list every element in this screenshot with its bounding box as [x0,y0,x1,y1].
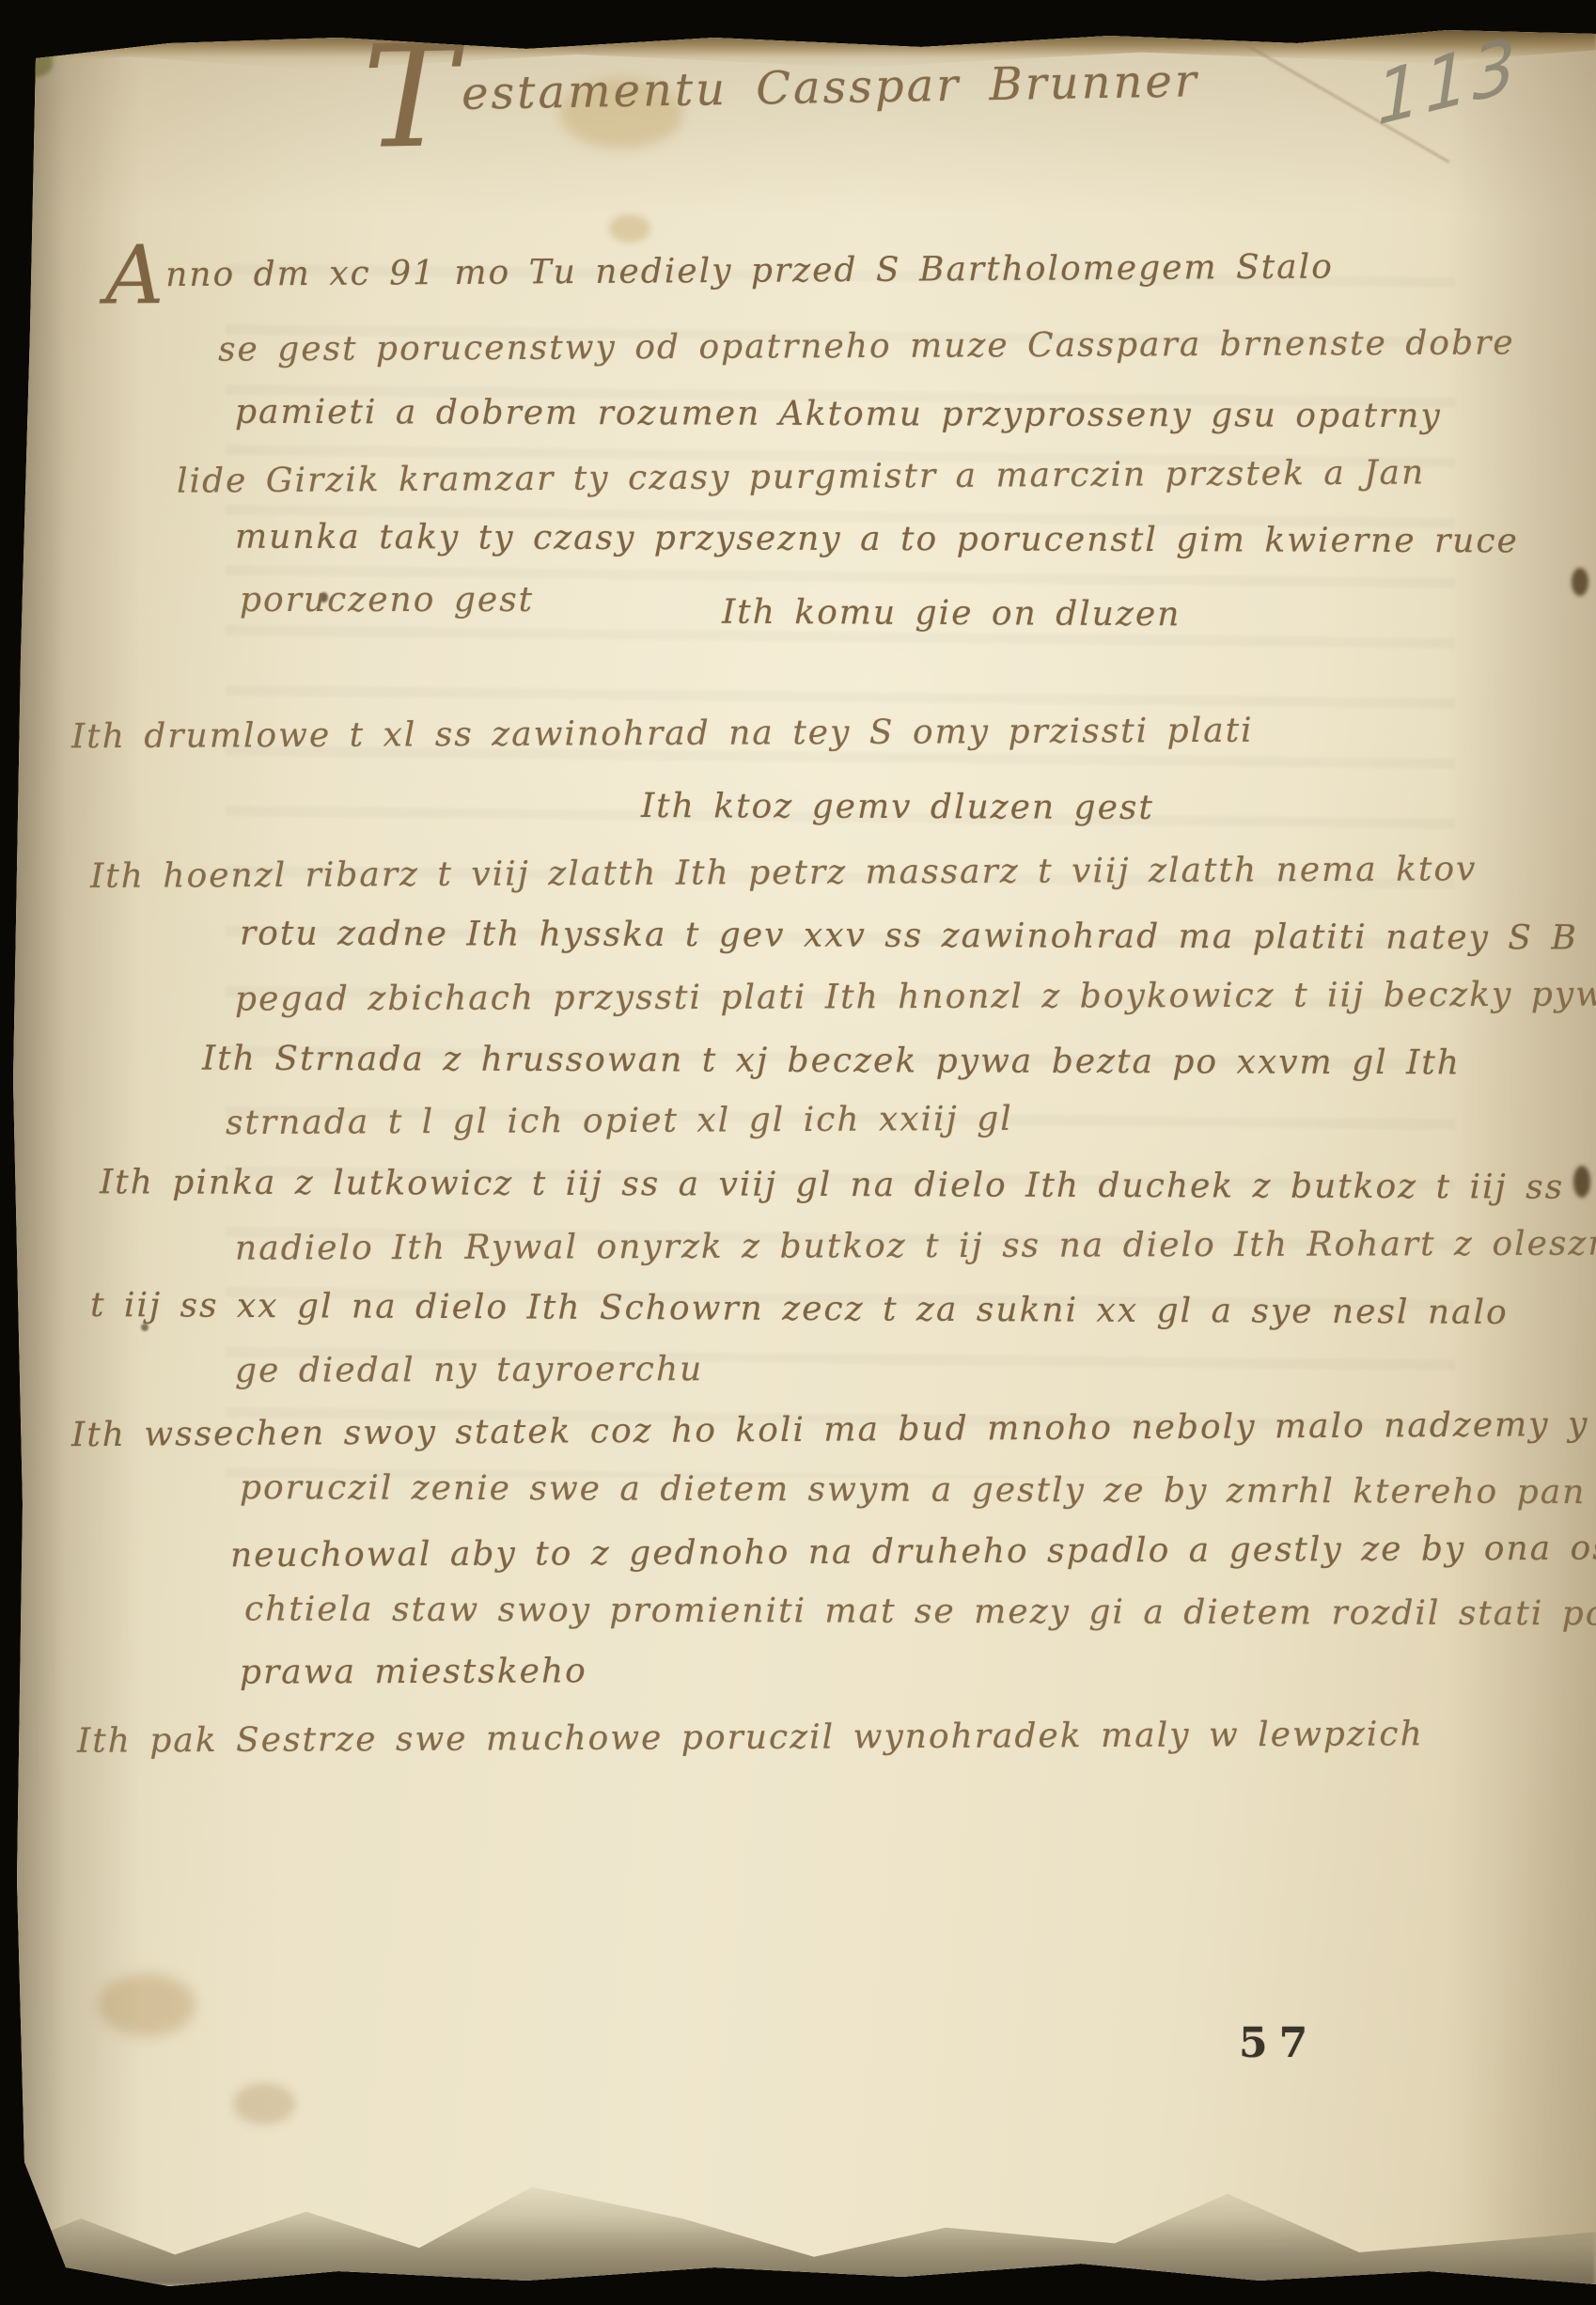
manuscript-line: poruczil zenie swe a dietem swym a gestl… [240,1468,1596,1513]
manuscript-page: Testamentu Casspar Brunner Anno dm xc 91… [0,0,1596,2305]
manuscript-line: se gest porucenstwy od opatrneho muze Ca… [218,323,1515,368]
manuscript-subheading: Ith ktoz gemv dluzen gest [641,787,1154,827]
paper-stain [1573,1166,1590,1198]
manuscript-line: prawa miestskeho [240,1652,587,1691]
manuscript-line: Ith drumlowe t xl ss zawinohrad na tey S… [71,712,1254,757]
manuscript-line: pegad zbichach przyssti plati Ith hnonzl… [235,975,1596,1018]
manuscript-line: Ith pinka z lutkowicz t iij ss a viij gl… [100,1163,1564,1206]
page-number-stamp: 57 [1239,2019,1319,2067]
manuscript-line: Ith pak Sestrze swe muchowe poruczil wyn… [77,1715,1424,1761]
manuscript-line: ge diedal ny tayroerchu [235,1350,703,1390]
binding-debris [4,45,53,77]
manuscript-line: pamieti a dobrem rozumen Aktomu przypros… [235,393,1442,435]
manuscript-line: strnada t l gl ich opiet xl gl ich xxiij… [226,1100,1013,1142]
manuscript-line: chtiela staw swoy promieniti mat se mezy… [244,1590,1596,1633]
manuscript-line: neuchowal aby to z gednoho na druheho sp… [230,1529,1596,1575]
manuscript-line: poruczeno gest [240,581,534,619]
manuscript-line: munka taky ty czasy przysezny a to poruc… [235,518,1519,561]
manuscript-line: rotu zadne Ith hysska t gev xxv ss zawin… [240,915,1578,958]
paper-stain [609,214,650,243]
paper-stain [1572,568,1588,596]
paper-stain [233,2083,295,2125]
manuscript-subheading: Ith komu gie on dluzen [722,593,1181,635]
manuscript-line: Ith Strnada z hrussowan t xj beczek pywa… [202,1040,1461,1083]
manuscript-line: Ith hoenzl ribarz t viij zlatth Ith petr… [90,850,1478,896]
manuscript-line: nadielo Ith Rywal onyrzk z butkoz t ij s… [235,1224,1596,1267]
paper-stain [98,1974,196,2036]
manuscript-line: t iij ss xx gl na dielo Ith Schowrn zecz… [90,1286,1509,1332]
manuscript-scan: Testamentu Casspar Brunner Anno dm xc 91… [0,0,1596,2305]
